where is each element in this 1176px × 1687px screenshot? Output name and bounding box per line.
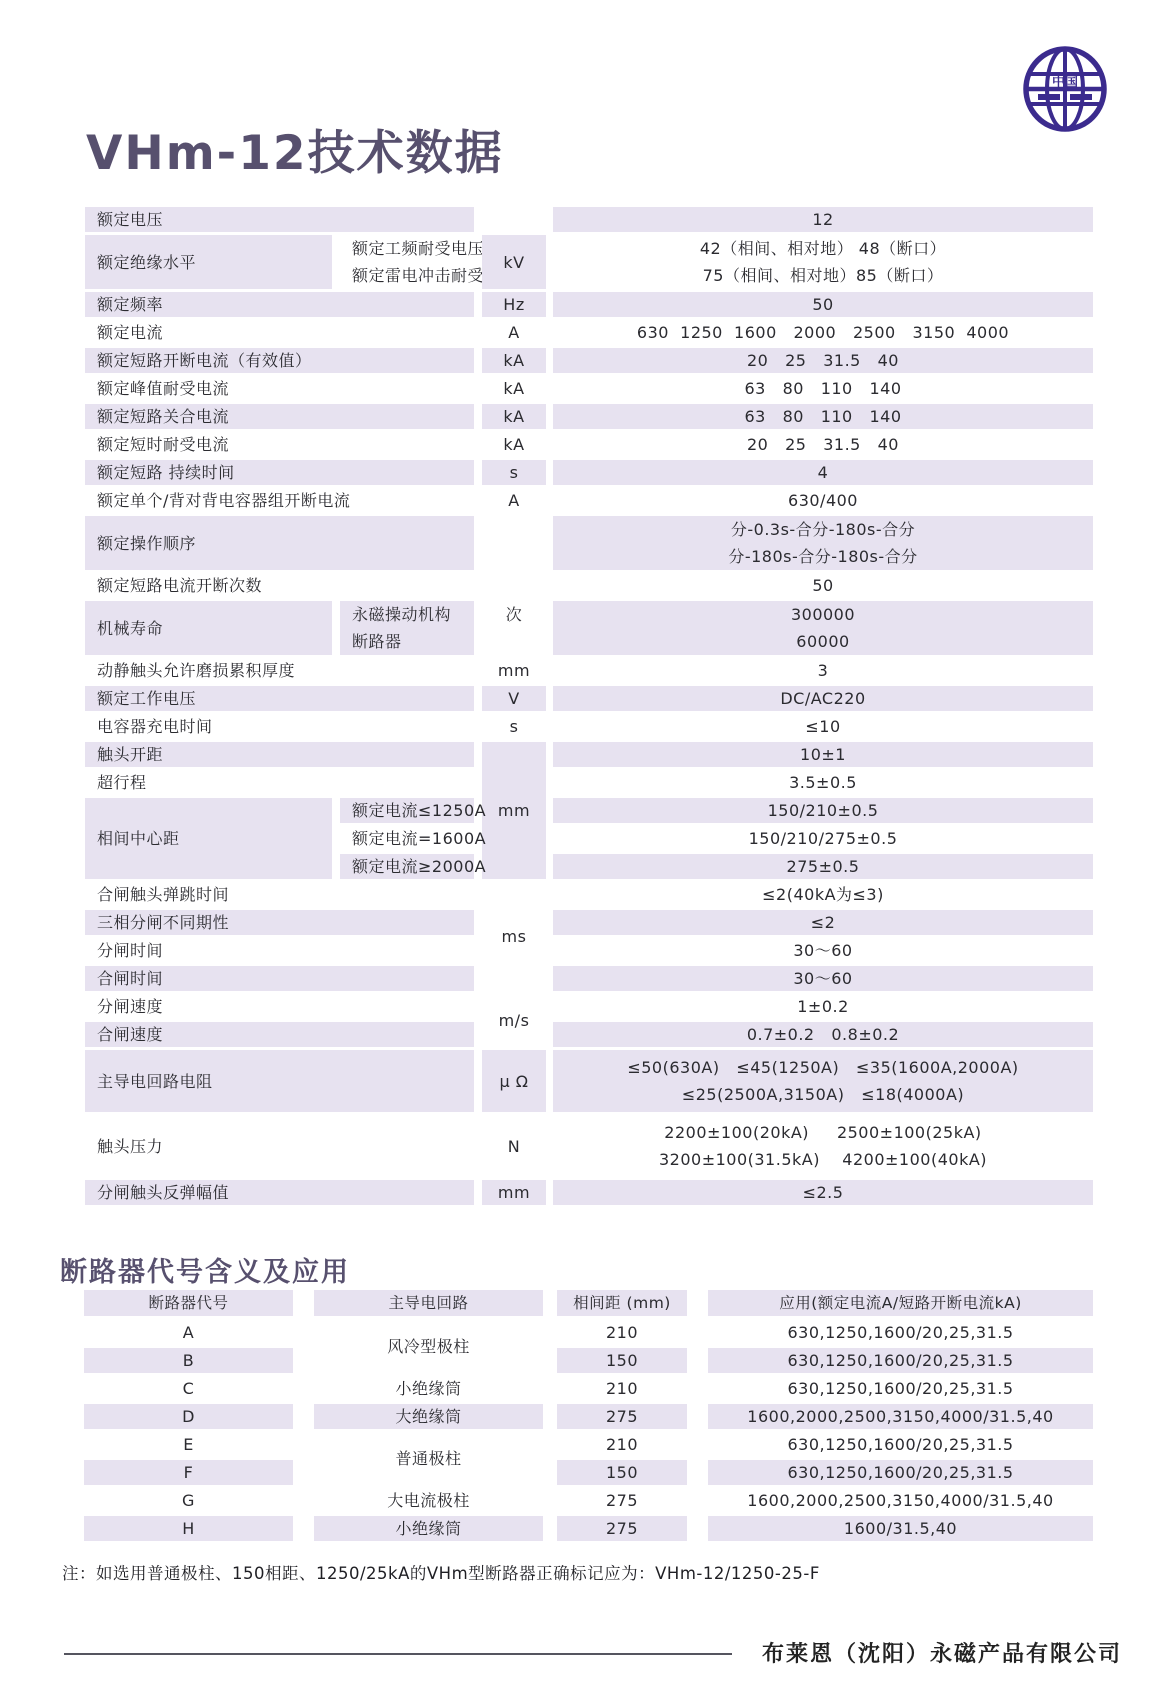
company-name: 布莱恩（沈阳）永磁产品有限公司 [762,1637,1122,1668]
label-cell: 相间中心距 [85,798,332,879]
label-cell: 额定短路 持续时间 [85,460,474,485]
label-cell: 额定短时耐受电流 [85,432,474,457]
unit-cell: kA [482,376,546,401]
value-cell: 30～60 [553,966,1093,991]
label-cell: 分闸速度 [85,994,474,1019]
page-title: VHm-12技术数据 [86,116,504,183]
pole-type-cell: 普通极柱 [314,1432,543,1485]
value-cell: 275±0.5 [553,854,1093,879]
value-cell: 63 80 110 140 [553,404,1093,429]
application-cell: 1600/31.5,40 [708,1516,1093,1541]
section-title: 断路器代号含义及应用 [60,1250,350,1289]
value-cell: 0.7±0.2 0.8±0.2 [553,1022,1093,1047]
value-cell: 20 25 31.5 40 [553,348,1093,373]
pole-type-cell: 大电流极柱 [314,1488,543,1513]
value-cell: ≤2.5 [553,1180,1093,1205]
unit-cell: 次 [482,573,546,655]
unit-cell: N [482,1115,546,1177]
phase-distance-cell: 275 [557,1404,687,1429]
label-cell: 合闸速度 [85,1022,474,1047]
phase-distance-cell: 150 [557,1460,687,1485]
value-cell: 50 [553,573,1093,598]
code-cell: A [84,1320,293,1345]
code-cell: B [84,1348,293,1373]
value-cell: 50 [553,292,1093,317]
value-cell: 30～60 [553,938,1093,963]
value-cell: 分-0.3s-合分-180s-合分 分-180s-合分-180s-合分 [553,516,1093,570]
value-cell: 20 25 31.5 40 [553,432,1093,457]
value-cell: 63 80 110 140 [553,376,1093,401]
label-cell: 分闸触头反弹幅值 [85,1180,474,1205]
unit-cell: mm [482,742,546,879]
application-cell: 1600,2000,2500,3150,4000/31.5,40 [708,1404,1093,1429]
code-cell: D [84,1404,293,1429]
value-cell: 3 [553,658,1093,683]
application-cell: 630,1250,1600/20,25,31.5 [708,1348,1093,1373]
value-cell: ≤50(630A) ≤45(1250A) ≤35(1600A,2000A) ≤2… [553,1050,1093,1112]
value-cell: ≤2 [553,910,1093,935]
unit-cell: A [482,488,546,513]
code-cell: H [84,1516,293,1541]
phase-distance-cell: 150 [557,1348,687,1373]
unit-cell: s [482,714,546,739]
label-cell: 合闸时间 [85,966,474,991]
phase-distance-cell: 275 [557,1488,687,1513]
code-cell: G [84,1488,293,1513]
label-cell: 额定峰值耐受电流 [85,376,474,401]
value-cell: 150/210/275±0.5 [553,826,1093,851]
label-cell: 分闸时间 [85,938,474,963]
label-cell: 动静触头允许磨损累积厚度 [85,658,474,683]
value-cell: 150/210±0.5 [553,798,1093,823]
footer-rule [64,1653,732,1655]
value-cell: 4 [553,460,1093,485]
value-cell: 3.5±0.5 [553,770,1093,795]
application-cell: 1600,2000,2500,3150,4000/31.5,40 [708,1488,1093,1513]
pole-type-cell: 风冷型极柱 [314,1320,543,1373]
label-cell: 额定电流 [85,320,474,345]
value-cell: DC/AC220 [553,686,1093,711]
phase-distance-cell: 210 [557,1376,687,1401]
table-header-cell: 主导电回路 [314,1290,543,1316]
value-cell: ≤10 [553,714,1093,739]
label-cell: 机械寿命 [85,601,332,655]
pole-type-cell: 大绝缘筒 [314,1404,543,1429]
unit-cell: kA [482,404,546,429]
label-cell: 触头压力 [85,1115,474,1177]
sublabel-cell: 额定电流≥2000A [340,854,474,879]
label-cell: 额定短路电流开断次数 [85,573,474,598]
globe-logo-icon: 中国 [1022,45,1108,133]
unit-cell: ms [482,882,546,991]
sublabel-cell: 永磁操动机构 断路器 [340,601,474,655]
code-cell: E [84,1432,293,1457]
unit-cell: A [482,320,546,345]
unit-cell: s [482,460,546,485]
sublabel-cell: 额定工频耐受电压 额定雷电冲击耐受电压 [340,235,474,289]
application-cell: 630,1250,1600/20,25,31.5 [708,1320,1093,1345]
table-header-cell: 断路器代号 [84,1290,293,1316]
table-header-cell: 应用(额定电流A/短路开断电流kA) [708,1290,1093,1316]
unit-cell: m/s [482,994,546,1047]
label-cell: 触头开距 [85,742,474,767]
label-cell: 电容器充电时间 [85,714,474,739]
unit-cell: kA [482,432,546,457]
unit-cell: kA [482,348,546,373]
application-cell: 630,1250,1600/20,25,31.5 [708,1460,1093,1485]
logo-text: 中国 [1052,74,1078,90]
table-header-cell: 相间距 (mm) [557,1290,687,1316]
value-cell: ≤2(40kA为≤3) [553,882,1093,907]
label-cell: 三相分闸不同期性 [85,910,474,935]
note-text: 注：如选用普通极柱、150相距、1250/25kA的VHm型断路器正确标记应为：… [62,1560,820,1584]
label-cell: 额定短路关合电流 [85,404,474,429]
unit-cell: μ Ω [482,1050,546,1112]
value-cell: 42（相间、相对地） 48（断口） 75（相间、相对地）85（断口） [553,235,1093,289]
label-cell: 额定短路开断电流（有效值） [85,348,474,373]
unit-cell: kV [482,235,546,289]
code-cell: C [84,1376,293,1401]
value-cell: 630 1250 1600 2000 2500 3150 4000 [553,320,1093,345]
label-cell: 额定电压 [85,207,474,232]
phase-distance-cell: 210 [557,1432,687,1457]
label-cell: 额定频率 [85,292,474,317]
label-cell: 合闸触头弹跳时间 [85,882,474,907]
pole-type-cell: 小绝缘筒 [314,1516,543,1541]
value-cell: 300000 60000 [553,601,1093,655]
value-cell: 12 [553,207,1093,232]
value-cell: 1±0.2 [553,994,1093,1019]
pole-type-cell: 小绝缘筒 [314,1376,543,1401]
label-cell: 额定操作顺序 [85,516,474,570]
sublabel-cell: 额定电流≤1250A [340,798,474,823]
tech-spec-table: 额定电压12额定绝缘水平额定工频耐受电压 额定雷电冲击耐受电压kV42（相间、相… [85,207,1093,1237]
label-cell: 主导电回路电阻 [85,1050,474,1112]
breaker-code-table: 断路器代号主导电回路相间距 (mm)应用(额定电流A/短路开断电流kA)A风冷型… [84,1290,1093,1570]
value-cell: 2200±100(20kA) 2500±100(25kA) 3200±100(3… [553,1115,1093,1177]
unit-cell: mm [482,1180,546,1205]
phase-distance-cell: 275 [557,1516,687,1541]
unit-cell: V [482,686,546,711]
value-cell: 10±1 [553,742,1093,767]
unit-cell: Hz [482,292,546,317]
code-cell: F [84,1460,293,1485]
label-cell: 额定单个/背对背电容器组开断电流 [85,488,474,513]
unit-cell: mm [482,658,546,683]
application-cell: 630,1250,1600/20,25,31.5 [708,1376,1093,1401]
label-cell: 超行程 [85,770,474,795]
phase-distance-cell: 210 [557,1320,687,1345]
label-cell: 额定绝缘水平 [85,235,332,289]
sublabel-cell: 额定电流=1600A [340,826,474,851]
application-cell: 630,1250,1600/20,25,31.5 [708,1432,1093,1457]
label-cell: 额定工作电压 [85,686,474,711]
value-cell: 630/400 [553,488,1093,513]
